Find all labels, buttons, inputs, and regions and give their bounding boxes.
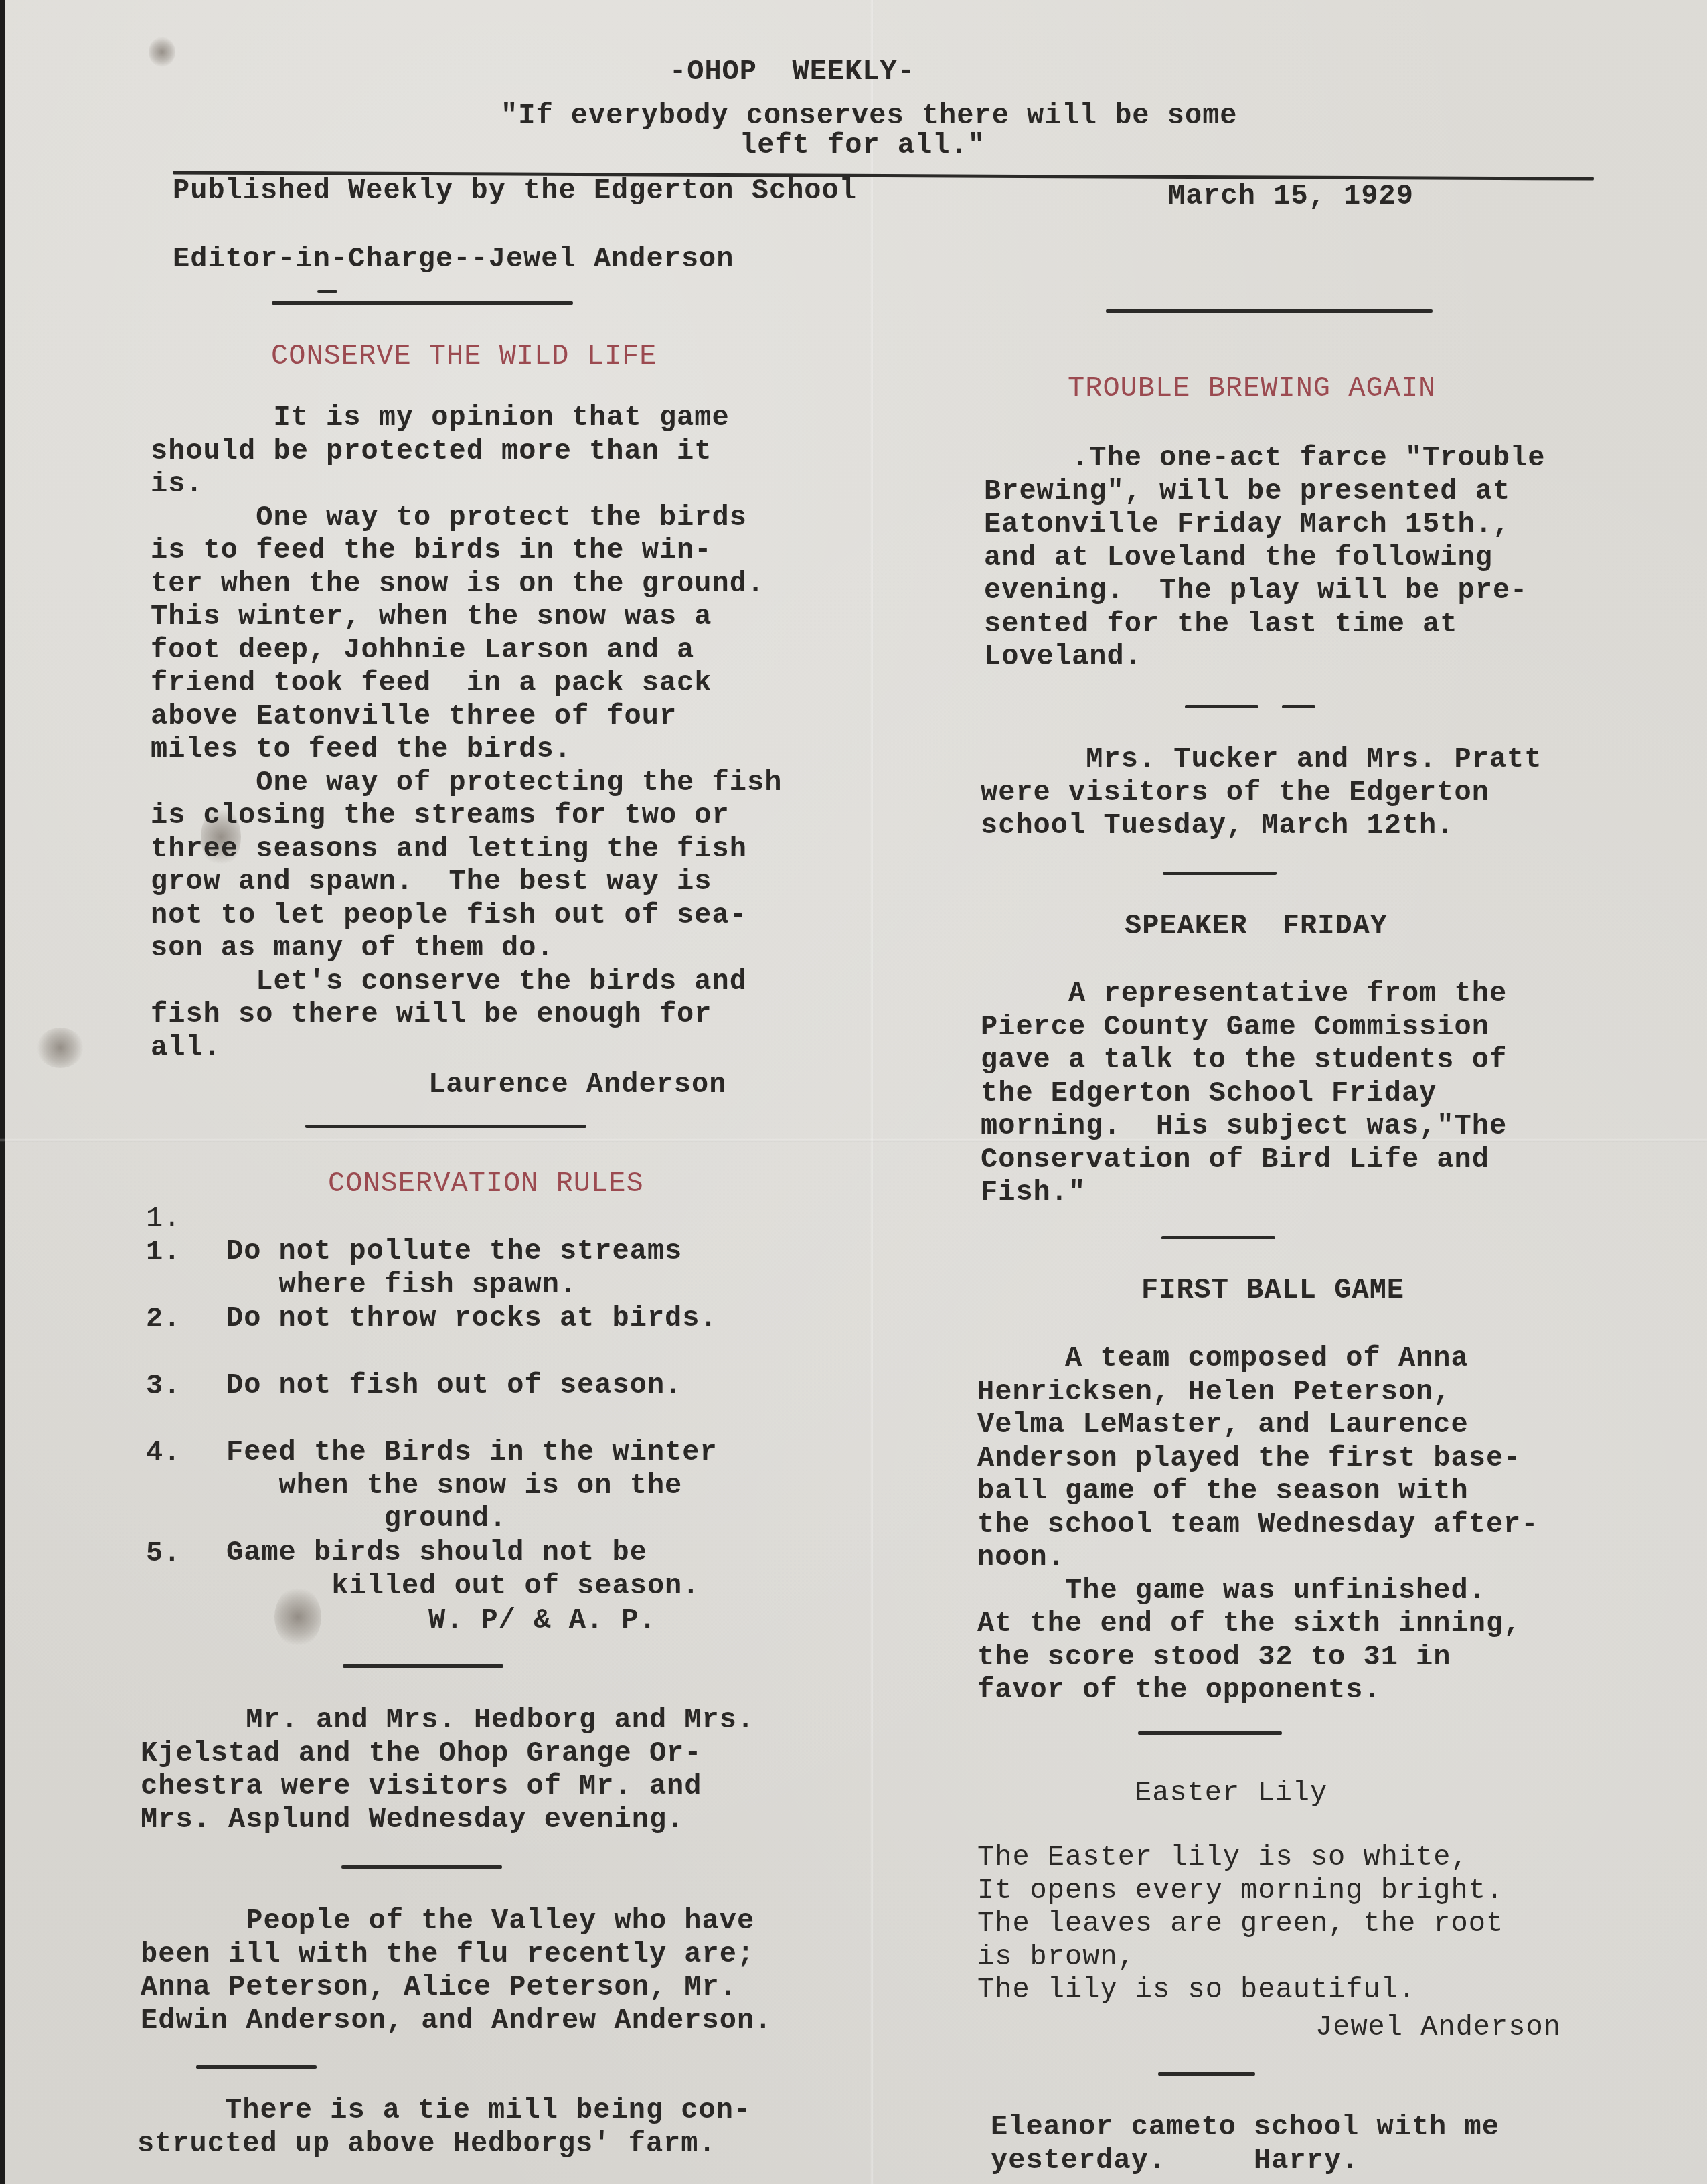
text-line: Eatonville Friday March 15th., — [984, 508, 1546, 542]
text-line: is closing the streams for two or — [151, 799, 782, 833]
rule-text: Do not throw rocks at birds. — [226, 1302, 718, 1336]
section-rule — [1138, 1731, 1282, 1735]
text-line: evening. The play will be pre- — [984, 574, 1546, 608]
text-line: killed out of season. — [226, 1570, 700, 1604]
text-line: It is my opinion that game — [151, 402, 782, 435]
text-line: all. — [151, 1032, 782, 1065]
text-line: where fish spawn. — [226, 1269, 682, 1302]
section-rule — [196, 2065, 317, 2069]
text-line: It opens every morning bright. — [977, 1875, 1503, 1908]
text-line: yesterday. Harry. — [991, 2144, 1499, 2178]
text-line: when the snow is on the — [226, 1470, 718, 1503]
heading-easter-lily: Easter Lily — [1135, 1776, 1327, 1810]
section-rule — [272, 301, 573, 305]
heading-first-ball-game: FIRST BALL GAME — [1141, 1273, 1404, 1307]
article-visitors: Mrs. Tucker and Mrs. Prattwere visitors … — [981, 743, 1542, 843]
rule-text: Game birds should not be killed out of s… — [226, 1537, 700, 1603]
text-line: Game birds should not be — [226, 1537, 700, 1570]
author-laurence-anderson: Laurence Anderson — [428, 1068, 726, 1101]
text-line: fish so there will be enough for — [151, 998, 782, 1032]
text-line: There is a tie mill being con- — [137, 2094, 751, 2128]
text-line: chestra were visitors of Mr. and — [141, 1770, 754, 1804]
article-flu: People of the Valley who havebeen ill wi… — [141, 1905, 772, 2037]
rule-text: Do not fish out of season. — [226, 1369, 682, 1403]
section-rule — [343, 1664, 503, 1668]
publisher-line: Published Weekly by the Edgerton School — [173, 174, 857, 208]
text-line: Do not fish out of season. — [226, 1369, 682, 1403]
text-line: Conservation of Bird Life and — [981, 1144, 1507, 1177]
text-line: Brewing", will be presented at — [984, 475, 1546, 509]
heading-conservation-rules: CONSERVATION RULES — [328, 1167, 644, 1200]
article-tie-mill: There is a tie mill being con-structed u… — [137, 2094, 751, 2161]
article-eleanor: Eleanor cameto school with meyesterday. … — [991, 2111, 1499, 2177]
text-line: should be protected more than it — [151, 435, 782, 469]
text-line: favor of the opponents. — [977, 1674, 1539, 1707]
text-line: son as many of them do. — [151, 932, 782, 965]
text-line: Mrs. Tucker and Mrs. Pratt — [981, 743, 1542, 777]
article-conserve-wild-life: It is my opinion that gameshould be prot… — [151, 402, 782, 1065]
text-line: Mrs. Asplund Wednesday evening. — [141, 1804, 754, 1837]
stray-number: 1. — [146, 1202, 181, 1235]
article-hedborg-visit: Mr. and Mrs. Hedborg and Mrs.Kjelstad an… — [141, 1704, 754, 1837]
text-line: Velma LeMaster, and Laurence — [977, 1409, 1539, 1442]
text-line: Do not pollute the streams — [226, 1235, 682, 1269]
section-rule — [1282, 705, 1315, 708]
text-line: is. — [151, 468, 782, 501]
rule-text: Do not pollute the streams where fish sp… — [226, 1235, 682, 1302]
rule-number: 1. — [146, 1235, 181, 1269]
text-line: miles to feed the birds. — [151, 733, 782, 767]
text-line: Let's conserve the birds and — [151, 965, 782, 999]
section-rule — [1163, 872, 1277, 875]
rule-text: Feed the Birds in the winter when the sn… — [226, 1436, 718, 1536]
text-line: The lily is so beautiful. — [977, 1974, 1503, 2007]
text-line: is brown, — [977, 1941, 1503, 1974]
text-line: The leaves are green, the root — [977, 1907, 1503, 1941]
text-line: the score stood 32 to 31 in — [977, 1641, 1539, 1674]
text-line: Anderson played the first base- — [977, 1442, 1539, 1476]
text-line: and at Loveland the following — [984, 542, 1546, 575]
masthead-motto-line2: left for all." — [740, 129, 985, 162]
text-line: Eleanor cameto school with me — [991, 2111, 1499, 2144]
author-jewel-anderson: Jewel Anderson — [1315, 2011, 1561, 2044]
text-line: been ill with the flu recently are; — [141, 1938, 772, 1972]
text-line: above Eatonville three of four — [151, 700, 782, 734]
text-line: ter when the snow is on the ground. — [151, 568, 782, 601]
rule-number: 5. — [146, 1537, 181, 1570]
text-line: One way to protect the birds — [151, 501, 782, 535]
text-line: Edwin Anderson, and Andrew Anderson. — [141, 2005, 772, 2038]
editor-line: Editor-in-Charge--Jewel Anderson — [173, 242, 734, 276]
text-line: Fish." — [981, 1176, 1507, 1210]
paper-fold-vertical — [870, 0, 874, 2184]
text-line: the Edgerton School Friday — [981, 1077, 1507, 1111]
text-line: foot deep, Johhnie Larson and a — [151, 634, 782, 668]
text-line: Mr. and Mrs. Hedborg and Mrs. — [141, 1704, 754, 1737]
section-rule — [1185, 705, 1258, 708]
heading-trouble-brewing: TROUBLE BREWING AGAIN — [1068, 372, 1436, 405]
issue-date: March 15, 1929 — [1168, 179, 1414, 213]
text-line: ball game of the season with — [977, 1475, 1539, 1508]
section-rule — [1161, 1236, 1275, 1239]
text-line: morning. His subject was,"The — [981, 1110, 1507, 1144]
short-dash — [317, 290, 337, 293]
text-line: is to feed the birds in the win- — [151, 534, 782, 568]
text-line: not to let people fish out of sea- — [151, 899, 782, 933]
section-rule — [305, 1125, 586, 1128]
ink-stain — [37, 1028, 84, 1068]
text-line: One way of protecting the fish — [151, 767, 782, 800]
text-line: At the end of the sixth inning, — [977, 1608, 1539, 1641]
section-rule — [341, 1865, 502, 1869]
text-line: A team composed of Anna — [977, 1342, 1539, 1376]
text-line: school Tuesday, March 12th. — [981, 809, 1542, 843]
ink-stain — [149, 37, 175, 67]
rule-number: 3. — [146, 1369, 181, 1403]
text-line: Kjelstad and the Ohop Grange Or- — [141, 1737, 754, 1771]
text-line: Loveland. — [984, 641, 1546, 674]
masthead-motto-line1: "If everybody conserves there will be so… — [501, 99, 1238, 133]
rule-number: 4. — [146, 1436, 181, 1470]
text-line: Pierce County Game Commission — [981, 1011, 1507, 1044]
section-rule — [1158, 2072, 1255, 2076]
rule-number: 2. — [146, 1302, 181, 1336]
text-line: were visitors of the Edgerton — [981, 777, 1542, 810]
text-line: grow and spawn. The best way is — [151, 866, 782, 899]
article-speaker-friday: A representative from thePierce County G… — [981, 978, 1507, 1210]
text-line: Anna Peterson, Alice Peterson, Mr. — [141, 1971, 772, 2005]
text-line: Do not throw rocks at birds. — [226, 1302, 718, 1336]
text-line: .The one-act farce "Trouble — [984, 442, 1546, 475]
text-line: friend took feed in a pack sack — [151, 667, 782, 700]
poem-easter-lily: The Easter lily is so white,It opens eve… — [977, 1841, 1503, 2007]
text-line: the school team Wednesday after- — [977, 1508, 1539, 1542]
text-line: gave a talk to the students of — [981, 1044, 1507, 1077]
text-line: noon. — [977, 1541, 1539, 1575]
text-line: sented for the last time at — [984, 608, 1546, 641]
heading-speaker-friday: SPEAKER FRIDAY — [1125, 909, 1388, 943]
text-line: The Easter lily is so white, — [977, 1841, 1503, 1875]
masthead-title: -OHOP WEEKLY- — [669, 55, 915, 88]
text-line: People of the Valley who have — [141, 1905, 772, 1938]
text-line: ground. — [226, 1502, 718, 1536]
article-first-ball-game: A team composed of AnnaHenricksen, Helen… — [977, 1342, 1539, 1707]
text-line: This winter, when the snow was a — [151, 601, 782, 634]
text-line: A representative from the — [981, 978, 1507, 1011]
heading-conserve-wild-life: CONSERVE THE WILD LIFE — [271, 339, 657, 373]
scan-edge — [0, 0, 5, 2184]
section-rule — [1106, 309, 1433, 313]
author-wp-ap: W. P/ & A. P. — [428, 1604, 657, 1637]
text-line: Henricksen, Helen Peterson, — [977, 1376, 1539, 1409]
text-line: three seasons and letting the fish — [151, 833, 782, 866]
article-trouble-brewing: .The one-act farce "TroubleBrewing", wil… — [984, 442, 1546, 674]
text-line: structed up above Hedborgs' farm. — [137, 2128, 751, 2161]
text-line: The game was unfinished. — [977, 1575, 1539, 1608]
text-line: Feed the Birds in the winter — [226, 1436, 718, 1470]
